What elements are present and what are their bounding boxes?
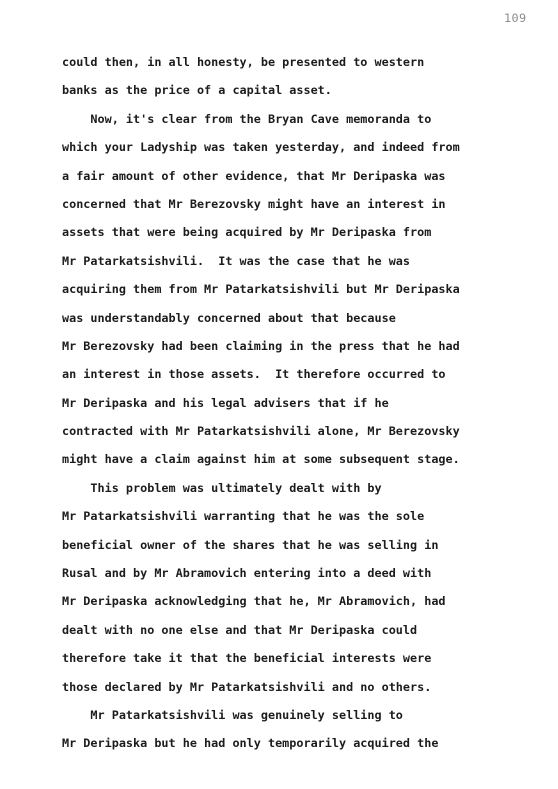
transcript-text: could then, in all honesty, be presented… <box>62 48 460 758</box>
transcript-line: assets that were being acquired by Mr De… <box>62 218 460 246</box>
page-number: 109 <box>504 11 527 25</box>
transcript-line: Mr Patarkatsishvili. It was the case tha… <box>62 247 460 275</box>
transcript-line: could then, in all honesty, be presented… <box>62 48 460 76</box>
transcript-line: beneficial owner of the shares that he w… <box>62 531 460 559</box>
transcript-line: contracted with Mr Patarkatsishvili alon… <box>62 417 460 445</box>
transcript-line: Mr Deripaska and his legal advisers that… <box>62 389 460 417</box>
transcript-line: might have a claim against him at some s… <box>62 445 460 473</box>
transcript-line: Mr Deripaska but he had only temporarily… <box>62 729 460 757</box>
transcript-line: those declared by Mr Patarkatsishvili an… <box>62 673 460 701</box>
transcript-line: Now, it's clear from the Bryan Cave memo… <box>62 105 460 133</box>
transcript-line: Mr Berezovsky had been claiming in the p… <box>62 332 460 360</box>
transcript-line: Rusal and by Mr Abramovich entering into… <box>62 559 460 587</box>
transcript-line: an interest in those assets. It therefor… <box>62 360 460 388</box>
transcript-line: This problem was ultimately dealt with b… <box>62 474 460 502</box>
transcript-line: Mr Patarkatsishvili was genuinely sellin… <box>62 701 460 729</box>
transcript-line: concerned that Mr Berezovsky might have … <box>62 190 460 218</box>
transcript-line: dealt with no one else and that Mr Derip… <box>62 616 460 644</box>
transcript-line: Mr Deripaska acknowledging that he, Mr A… <box>62 587 460 615</box>
transcript-line: Mr Patarkatsishvili warranting that he w… <box>62 502 460 530</box>
transcript-line: which your Ladyship was taken yesterday,… <box>62 133 460 161</box>
transcript-line: a fair amount of other evidence, that Mr… <box>62 162 460 190</box>
transcript-line: was understandably concerned about that … <box>62 304 460 332</box>
transcript-page: 109 could then, in all honesty, be prese… <box>0 0 558 789</box>
transcript-line: therefore take it that the beneficial in… <box>62 644 460 672</box>
transcript-line: banks as the price of a capital asset. <box>62 76 460 104</box>
transcript-line: acquiring them from Mr Patarkatsishvili … <box>62 275 460 303</box>
